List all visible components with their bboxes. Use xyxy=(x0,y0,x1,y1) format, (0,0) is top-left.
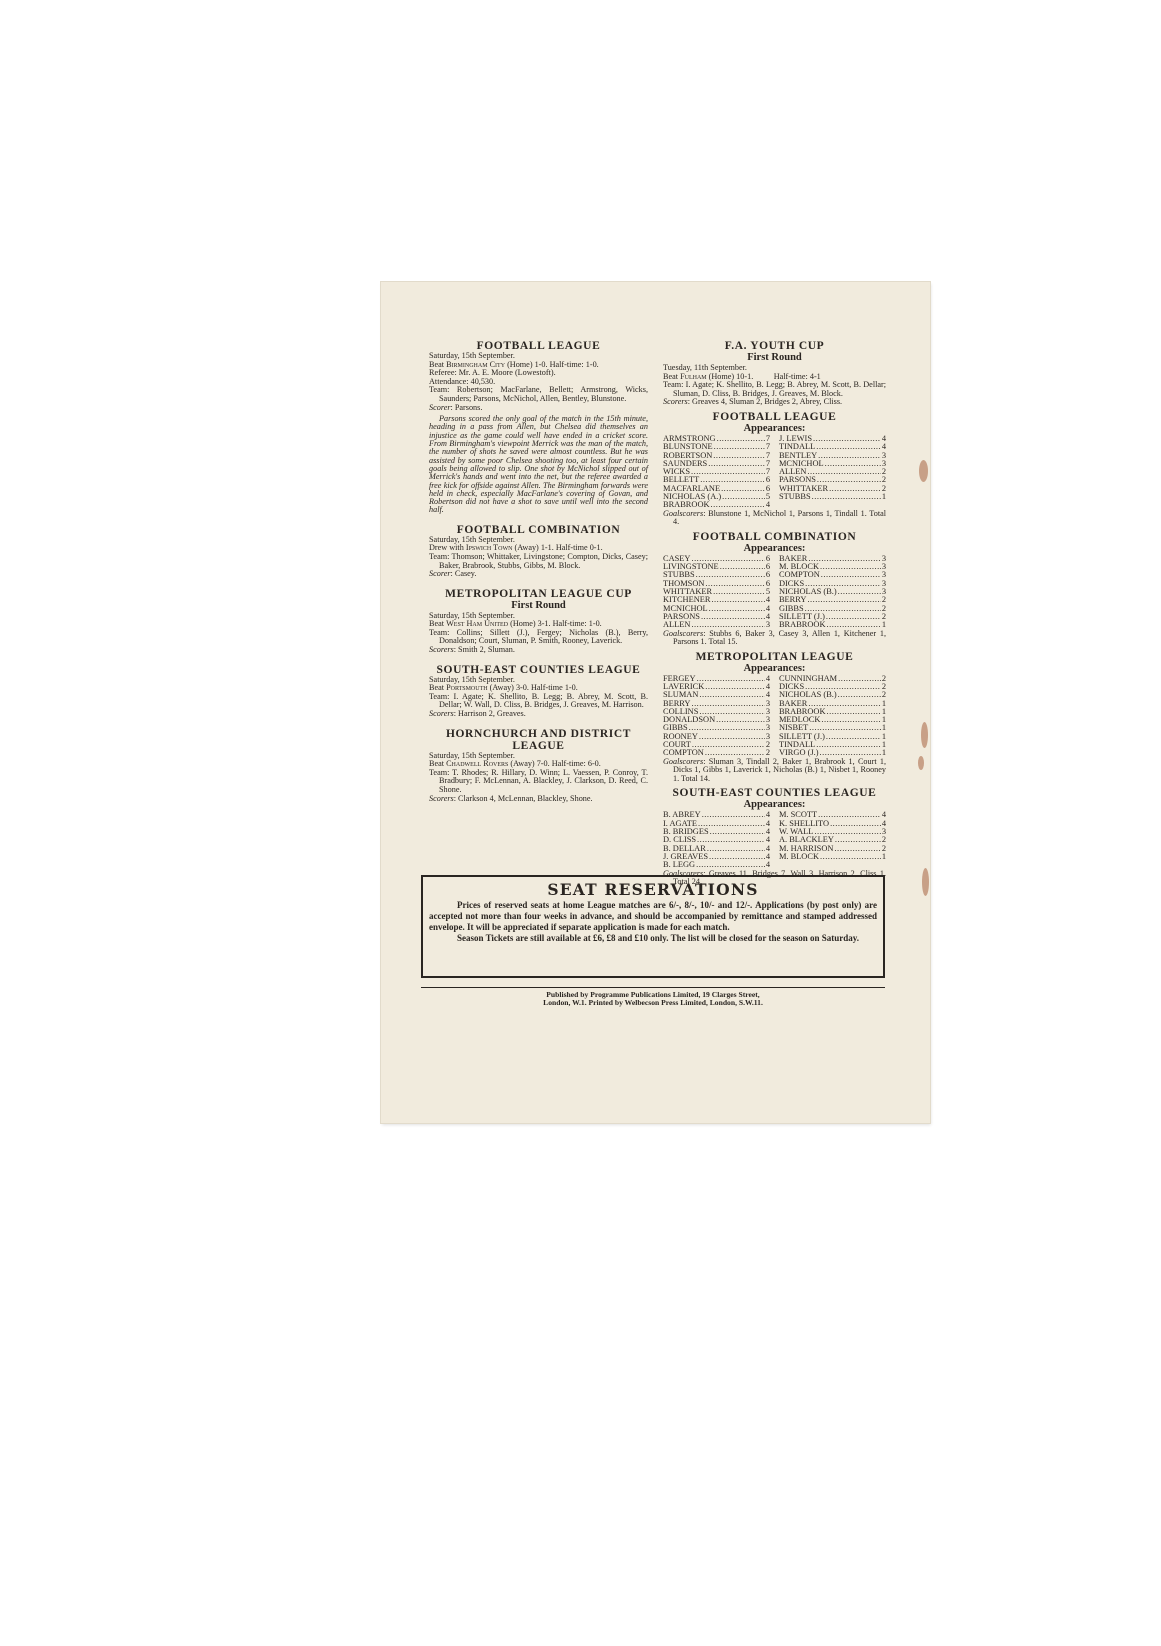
player-name: Parsons xyxy=(779,476,816,484)
appearance-row: Tindall4 xyxy=(779,443,886,451)
appearance-count: 3 xyxy=(882,452,886,460)
leader-dots xyxy=(834,845,880,853)
appearance-count: 3 xyxy=(882,460,886,468)
player-name: Kitchener xyxy=(663,596,710,604)
hornchurch-report: HORNCHURCH AND DISTRICT LEAGUE Saturday,… xyxy=(429,728,648,804)
appearance-row: Stubbs1 xyxy=(779,493,886,501)
leader-dots xyxy=(699,733,765,741)
player-name: M. Harrison xyxy=(779,845,833,853)
appearance-count: 1 xyxy=(882,716,886,724)
metropolitan-appearances: METROPOLITAN LEAGUE Appearances: Fergey4… xyxy=(663,651,886,784)
appearance-row: J. Lewis4 xyxy=(779,435,886,443)
leader-dots xyxy=(821,716,880,724)
appearance-row: Allen2 xyxy=(779,468,886,476)
leader-dots xyxy=(713,588,765,596)
imprint-line: London, W.1. Printed by Welbecson Press … xyxy=(421,999,885,1007)
leader-dots xyxy=(705,580,764,588)
appearance-row: Saunders7 xyxy=(663,460,770,468)
leader-dots xyxy=(827,708,881,716)
leader-dots xyxy=(820,853,881,861)
leader-dots xyxy=(838,675,881,683)
appearance-row: Baker1 xyxy=(779,700,886,708)
leader-dots xyxy=(805,580,881,588)
appearance-row: Nicholas (A.)5 xyxy=(663,493,770,501)
leader-dots xyxy=(699,708,764,716)
leader-dots xyxy=(700,476,765,484)
leader-dots xyxy=(825,460,881,468)
section-title: SOUTH-EAST COUNTIES LEAGUE xyxy=(663,787,886,799)
appearance-count: 4 xyxy=(882,443,886,451)
leader-dots xyxy=(813,435,881,443)
appearance-count: 4 xyxy=(766,596,770,604)
appearance-count: 6 xyxy=(766,476,770,484)
player-name: Allen xyxy=(779,468,806,476)
section-subtitle: First Round xyxy=(429,600,648,611)
leader-dots xyxy=(818,452,881,460)
appearance-count: 2 xyxy=(882,836,886,844)
seat-prices-text: Prices of reserved seats at home League … xyxy=(429,900,877,933)
appearance-count: 4 xyxy=(766,675,770,683)
leader-dots xyxy=(722,493,765,501)
leader-dots xyxy=(701,613,765,621)
section-title-line2: LEAGUE xyxy=(429,740,648,752)
player-name: Sillett (J.) xyxy=(779,613,825,621)
seat-reservations-box: SEAT RESERVATIONS Prices of reserved sea… xyxy=(421,875,885,978)
appearance-row: K. Shellito4 xyxy=(779,820,886,828)
scorers: Scorers: Clarkson 4, McLennan, Blackley,… xyxy=(429,795,648,804)
appearance-row: B. Abrey4 xyxy=(663,811,770,819)
stain-mark xyxy=(919,460,928,482)
player-name: Saunders xyxy=(663,460,707,468)
player-name: A. Blackley xyxy=(779,836,834,844)
player-name: Rooney xyxy=(663,733,698,741)
player-name: M. Block xyxy=(779,853,819,861)
appearance-count: 4 xyxy=(766,613,770,621)
appearance-row: A. Blackley2 xyxy=(779,836,886,844)
appearance-row: Gibbs3 xyxy=(663,724,770,732)
appearance-row: Livingstone6 xyxy=(663,563,770,571)
leader-dots xyxy=(838,588,881,596)
player-name: Stubbs xyxy=(663,571,695,579)
player-name: McNichol xyxy=(663,605,708,613)
player-name: Sillett (J.) xyxy=(779,733,825,741)
appearance-row: MacFarlane6 xyxy=(663,485,770,493)
appearance-count: 3 xyxy=(766,716,770,724)
appearance-count: 1 xyxy=(882,733,886,741)
appearance-count: 6 xyxy=(766,563,770,571)
leader-dots xyxy=(713,452,765,460)
opponent: West Ham United xyxy=(446,619,508,628)
leader-dots xyxy=(805,605,881,613)
appearance-row: Gibbs2 xyxy=(779,605,886,613)
appearance-row: Armstrong7 xyxy=(663,435,770,443)
publisher-imprint: Published by Programme Publications Limi… xyxy=(421,991,885,1007)
leader-dots xyxy=(835,836,881,844)
appearance-count: 3 xyxy=(766,724,770,732)
player-name: Nicholas (B.) xyxy=(779,588,837,596)
appearance-count: 7 xyxy=(766,460,770,468)
leader-dots xyxy=(691,700,764,708)
team-lineup: Team: Collins; Sillett (J.), Fergey; Nic… xyxy=(429,629,648,646)
leader-dots xyxy=(721,485,765,493)
player-name: I. Agate xyxy=(663,820,697,828)
appearance-count: 1 xyxy=(882,741,886,749)
leader-dots xyxy=(805,683,881,691)
player-name: Blunstone xyxy=(663,443,713,451)
leader-dots xyxy=(817,476,881,484)
leader-dots xyxy=(809,724,881,732)
left-column: FOOTBALL LEAGUE Saturday, 15th September… xyxy=(429,340,648,803)
appearance-row: Nicholas (B.)3 xyxy=(779,588,886,596)
appearance-count: 6 xyxy=(766,485,770,493)
appearance-count: 3 xyxy=(882,571,886,579)
player-name: Nicholas (A.) xyxy=(663,493,721,501)
player-name: Gibbs xyxy=(779,605,804,613)
appearance-row: M. Block1 xyxy=(779,853,886,861)
leader-dots xyxy=(707,845,765,853)
appearance-count: 4 xyxy=(882,435,886,443)
appearance-row: Thomson6 xyxy=(663,580,770,588)
leader-dots xyxy=(829,485,881,493)
appearance-count: 6 xyxy=(766,580,770,588)
player-name: Collins xyxy=(663,708,698,716)
player-name: Tindall xyxy=(779,443,815,451)
leader-dots xyxy=(697,836,765,844)
appearance-count: 3 xyxy=(882,588,886,596)
player-name: D. Cliss xyxy=(663,836,696,844)
player-name: Berry xyxy=(663,700,690,708)
appearance-row: Fergey4 xyxy=(663,675,770,683)
appearance-count: 3 xyxy=(882,580,886,588)
appearance-row: Blunstone7 xyxy=(663,443,770,451)
goalscorers: Goalscorers: Blunstone 1, McNichol 1, Pa… xyxy=(663,510,886,527)
player-name: Compton xyxy=(779,571,820,579)
opponent: Chadwell Rovers xyxy=(446,759,508,768)
player-name: Donaldson xyxy=(663,716,715,724)
player-name: Nisbet xyxy=(779,724,808,732)
team-lineup: Team: I. Agate; K. Shellito, B. Legg; B.… xyxy=(663,381,886,398)
appearance-row: Collins3 xyxy=(663,708,770,716)
appearance-row: Whittaker2 xyxy=(779,485,886,493)
appearance-row: Compton3 xyxy=(779,571,886,579)
player-name: Gibbs xyxy=(663,724,688,732)
leader-dots xyxy=(709,605,765,613)
leader-dots xyxy=(830,820,881,828)
appearance-row: Donaldson3 xyxy=(663,716,770,724)
appearance-count: 2 xyxy=(882,596,886,604)
leader-dots xyxy=(709,853,765,861)
section-title: F.A. YOUTH CUP xyxy=(663,340,886,352)
player-name: Berry xyxy=(779,596,806,604)
appearance-count: 1 xyxy=(882,700,886,708)
player-name: Baker xyxy=(779,555,807,563)
appearance-row: Cunningham2 xyxy=(779,675,886,683)
appearance-count: 3 xyxy=(882,828,886,836)
appearance-count: 6 xyxy=(766,555,770,563)
appearance-count: 3 xyxy=(766,700,770,708)
appearance-row: Dicks3 xyxy=(779,580,886,588)
appearance-row: B. Bridges4 xyxy=(663,828,770,836)
appearance-row: W. Wall3 xyxy=(779,828,886,836)
appearance-count: 3 xyxy=(766,708,770,716)
player-name: Nicholas (B.) xyxy=(779,691,837,699)
appearance-count: 3 xyxy=(882,563,886,571)
section-title: METROPOLITAN LEAGUE xyxy=(663,651,886,663)
appearance-count: 1 xyxy=(882,724,886,732)
appearance-count: 2 xyxy=(882,845,886,853)
appearance-count: 7 xyxy=(766,443,770,451)
scorers: Scorers: Harrison 2, Greaves. xyxy=(429,710,648,719)
player-name: Thomson xyxy=(663,580,704,588)
player-name: Fergey xyxy=(663,675,696,683)
appearance-count: 2 xyxy=(882,613,886,621)
appearance-count: 5 xyxy=(766,493,770,501)
appearance-row: Parsons2 xyxy=(779,476,886,484)
appearance-count: 4 xyxy=(766,836,770,844)
stain-mark xyxy=(922,868,929,896)
football-league-appearances: FOOTBALL LEAGUE Appearances: Armstrong7B… xyxy=(663,411,886,527)
section-subtitle: First Round xyxy=(663,352,886,363)
leader-dots xyxy=(691,555,764,563)
player-name: Armstrong xyxy=(663,435,716,443)
player-name: McNichol xyxy=(779,460,824,468)
appearance-count: 2 xyxy=(882,675,886,683)
player-name: Baker xyxy=(779,700,807,708)
appearance-count: 2 xyxy=(766,741,770,749)
player-name: Medlock xyxy=(779,716,820,724)
team-lineup: Team: Robertson; MacFarlane, Bellett; Ar… xyxy=(429,386,648,403)
scorers: Scorer: Parsons. xyxy=(429,404,648,413)
section-title: FOOTBALL COMBINATION xyxy=(663,531,886,543)
appearance-row: Wicks7 xyxy=(663,468,770,476)
opponent: Portsmouth xyxy=(446,683,488,692)
metropolitan-cup-report: METROPOLITAN LEAGUE CUP First Round Satu… xyxy=(429,588,648,655)
appearance-count: 4 xyxy=(882,811,886,819)
appearance-row: Nisbet1 xyxy=(779,724,886,732)
appearance-row: Whittaker5 xyxy=(663,588,770,596)
appearance-row: Berry2 xyxy=(779,596,886,604)
leader-dots xyxy=(699,691,764,699)
appearances-table: Fergey4Laverick4Sluman4Berry3Collins3Don… xyxy=(663,675,886,758)
appearance-row: Brabrook1 xyxy=(779,708,886,716)
leader-dots xyxy=(710,828,765,836)
appearance-count: 1 xyxy=(882,853,886,861)
appearance-row: Berry3 xyxy=(663,700,770,708)
leader-dots xyxy=(702,811,765,819)
appearance-count: 3 xyxy=(882,555,886,563)
leader-dots xyxy=(720,563,765,571)
goalscorers: Goalscorers: Stubbs 6, Baker 3, Casey 3,… xyxy=(663,630,886,647)
programme-page: FOOTBALL LEAGUE Saturday, 15th September… xyxy=(381,282,930,1123)
leader-dots xyxy=(820,563,881,571)
appearance-count: 7 xyxy=(766,452,770,460)
leader-dots xyxy=(821,571,881,579)
player-name: Laverick xyxy=(663,683,704,691)
appearance-count: 1 xyxy=(882,708,886,716)
leader-dots xyxy=(711,596,764,604)
south-east-appearances: SOUTH-EAST COUNTIES LEAGUE Appearances: … xyxy=(663,787,886,886)
appearance-row: M. Scott4 xyxy=(779,811,886,819)
seat-reservations-title: SEAT RESERVATIONS xyxy=(429,880,877,899)
appearance-row: Parsons4 xyxy=(663,613,770,621)
section-title: SOUTH-EAST COUNTIES LEAGUE xyxy=(429,664,648,676)
appearance-row: Baker3 xyxy=(779,555,886,563)
leader-dots xyxy=(717,435,765,443)
leader-dots xyxy=(814,828,880,836)
player-name: Whittaker xyxy=(779,485,828,493)
section-title: FOOTBALL LEAGUE xyxy=(663,411,886,423)
section-title: FOOTBALL COMBINATION xyxy=(429,524,648,536)
leader-dots xyxy=(808,555,880,563)
appearance-count: 1 xyxy=(882,493,886,501)
scorers: Scorer: Casey. xyxy=(429,570,648,579)
player-name: Wicks xyxy=(663,468,690,476)
appearance-row: Bentley3 xyxy=(779,452,886,460)
opponent: Ipswich Town xyxy=(466,543,513,552)
appearance-row: Medlock1 xyxy=(779,716,886,724)
player-name: MacFarlane xyxy=(663,485,720,493)
scorers: Scorers: Greaves 4, Sluman 2, Bridges 2,… xyxy=(663,398,886,407)
leader-dots xyxy=(716,716,765,724)
appearance-row: I. Agate4 xyxy=(663,820,770,828)
match-report: Parsons scored the only goal of the matc… xyxy=(429,415,648,515)
player-name: J. Greaves xyxy=(663,853,708,861)
appearance-count: 4 xyxy=(766,605,770,613)
player-name: Court xyxy=(663,741,691,749)
appearances-table: B. Abrey4I. Agate4B. Bridges4D. Cliss4B.… xyxy=(663,811,886,869)
section-title: HORNCHURCH AND DISTRICT xyxy=(429,728,648,740)
player-name: Whittaker xyxy=(663,588,712,596)
appearance-row: Stubbs6 xyxy=(663,571,770,579)
appearance-row: B. Dellar4 xyxy=(663,845,770,853)
player-name: Cunningham xyxy=(779,675,837,683)
appearance-count: 2 xyxy=(882,468,886,476)
leader-dots xyxy=(708,460,765,468)
goalscorers: Goalscorers: Sluman 3, Tindall 2, Baker … xyxy=(663,758,886,784)
player-name: B. Bridges xyxy=(663,828,709,836)
right-column: F.A. YOUTH CUP First Round Tuesday, 11th… xyxy=(663,340,886,887)
appearance-count: 4 xyxy=(766,845,770,853)
appearances-table: Armstrong7Blunstone7Robertson7Saunders7W… xyxy=(663,435,886,510)
leader-dots xyxy=(714,443,765,451)
appearance-count: 2 xyxy=(882,476,886,484)
team-lineup: Team: I. Agate; K. Shellito, B. Legg; B.… xyxy=(429,693,648,710)
leader-dots xyxy=(816,741,881,749)
leader-dots xyxy=(808,700,880,708)
appearances-label: Appearances: xyxy=(663,423,886,434)
season-tickets-text: Season Tickets are still available at £6… xyxy=(429,933,877,944)
football-combination-appearances: FOOTBALL COMBINATION Appearances: Casey6… xyxy=(663,531,886,647)
appearance-row: Sluman4 xyxy=(663,691,770,699)
appearance-count: 7 xyxy=(766,435,770,443)
player-name: Dicks xyxy=(779,683,804,691)
appearance-row: Tindall1 xyxy=(779,741,886,749)
leader-dots xyxy=(705,683,765,691)
appearance-count: 4 xyxy=(766,820,770,828)
appearance-row: Sillett (J.)1 xyxy=(779,733,886,741)
leader-dots xyxy=(697,675,765,683)
football-combination-report: FOOTBALL COMBINATION Saturday, 15th Sept… xyxy=(429,524,648,579)
leader-dots xyxy=(812,493,881,501)
player-name: Stubbs xyxy=(779,493,811,501)
appearance-count: 4 xyxy=(766,853,770,861)
appearance-row: Casey6 xyxy=(663,555,770,563)
player-name: B. Abrey xyxy=(663,811,701,819)
football-league-report: FOOTBALL LEAGUE Saturday, 15th September… xyxy=(429,340,648,515)
player-name: Parsons xyxy=(663,613,700,621)
youth-cup-report: F.A. YOUTH CUP First Round Tuesday, 11th… xyxy=(663,340,886,407)
leader-dots xyxy=(807,596,880,604)
leader-dots xyxy=(826,733,881,741)
leader-dots xyxy=(692,741,765,749)
leader-dots xyxy=(838,691,881,699)
south-east-counties-report: SOUTH-EAST COUNTIES LEAGUE Saturday, 15t… xyxy=(429,664,648,719)
player-name: J. Lewis xyxy=(779,435,812,443)
appearance-row: Kitchener4 xyxy=(663,596,770,604)
appearance-row: J. Greaves4 xyxy=(663,853,770,861)
appearance-count: 3 xyxy=(766,733,770,741)
player-name: Brabrook xyxy=(779,708,826,716)
team-lineup: Team: T. Rhodes; R. Hillary, D. Winn; L.… xyxy=(429,769,648,795)
appearance-count: 2 xyxy=(882,605,886,613)
leader-dots xyxy=(818,811,881,819)
appearance-row: Rooney3 xyxy=(663,733,770,741)
appearance-row: McNichol4 xyxy=(663,605,770,613)
leader-dots xyxy=(826,613,881,621)
appearances-label: Appearances: xyxy=(663,799,886,810)
appearance-count: 2 xyxy=(882,683,886,691)
player-name: Dicks xyxy=(779,580,804,588)
leader-dots xyxy=(689,724,765,732)
appearance-count: 4 xyxy=(766,828,770,836)
leader-dots xyxy=(816,443,881,451)
appearances-label: Appearances: xyxy=(663,663,886,674)
stain-mark xyxy=(921,722,928,748)
appearance-row: Nicholas (B.)2 xyxy=(779,691,886,699)
section-title: METROPOLITAN LEAGUE CUP xyxy=(429,588,648,600)
appearance-count: 5 xyxy=(766,588,770,596)
appearance-count: 7 xyxy=(766,468,770,476)
appearance-row: M. Harrison2 xyxy=(779,845,886,853)
player-name: M. Block xyxy=(779,563,819,571)
player-name: Bellett xyxy=(663,476,699,484)
leader-dots xyxy=(691,468,765,476)
player-name: B. Dellar xyxy=(663,845,706,853)
player-name: Livingstone xyxy=(663,563,719,571)
player-name: Sluman xyxy=(663,691,698,699)
team-lineup: Team: Thomson; Whittaker, Livingstone; C… xyxy=(429,553,648,570)
leader-dots xyxy=(807,468,880,476)
scorers: Scorers: Smith 2, Sluman. xyxy=(429,646,648,655)
appearances-table: Casey6Livingstone6Stubbs6Thomson6Whittak… xyxy=(663,555,886,630)
appearance-count: 2 xyxy=(882,485,886,493)
appearance-count: 4 xyxy=(882,820,886,828)
player-name: K. Shellito xyxy=(779,820,829,828)
appearance-row: McNichol3 xyxy=(779,460,886,468)
leader-dots xyxy=(698,820,765,828)
stain-mark xyxy=(918,756,924,770)
appearance-count: 6 xyxy=(766,571,770,579)
appearance-row: Sillett (J.)2 xyxy=(779,613,886,621)
player-name: Casey xyxy=(663,555,690,563)
player-name: Bentley xyxy=(779,452,817,460)
appearance-count: 4 xyxy=(766,691,770,699)
appearance-count: 4 xyxy=(766,811,770,819)
appearance-row: Court2 xyxy=(663,741,770,749)
appearance-row: D. Cliss4 xyxy=(663,836,770,844)
appearance-row: Robertson7 xyxy=(663,452,770,460)
leader-dots xyxy=(696,571,765,579)
